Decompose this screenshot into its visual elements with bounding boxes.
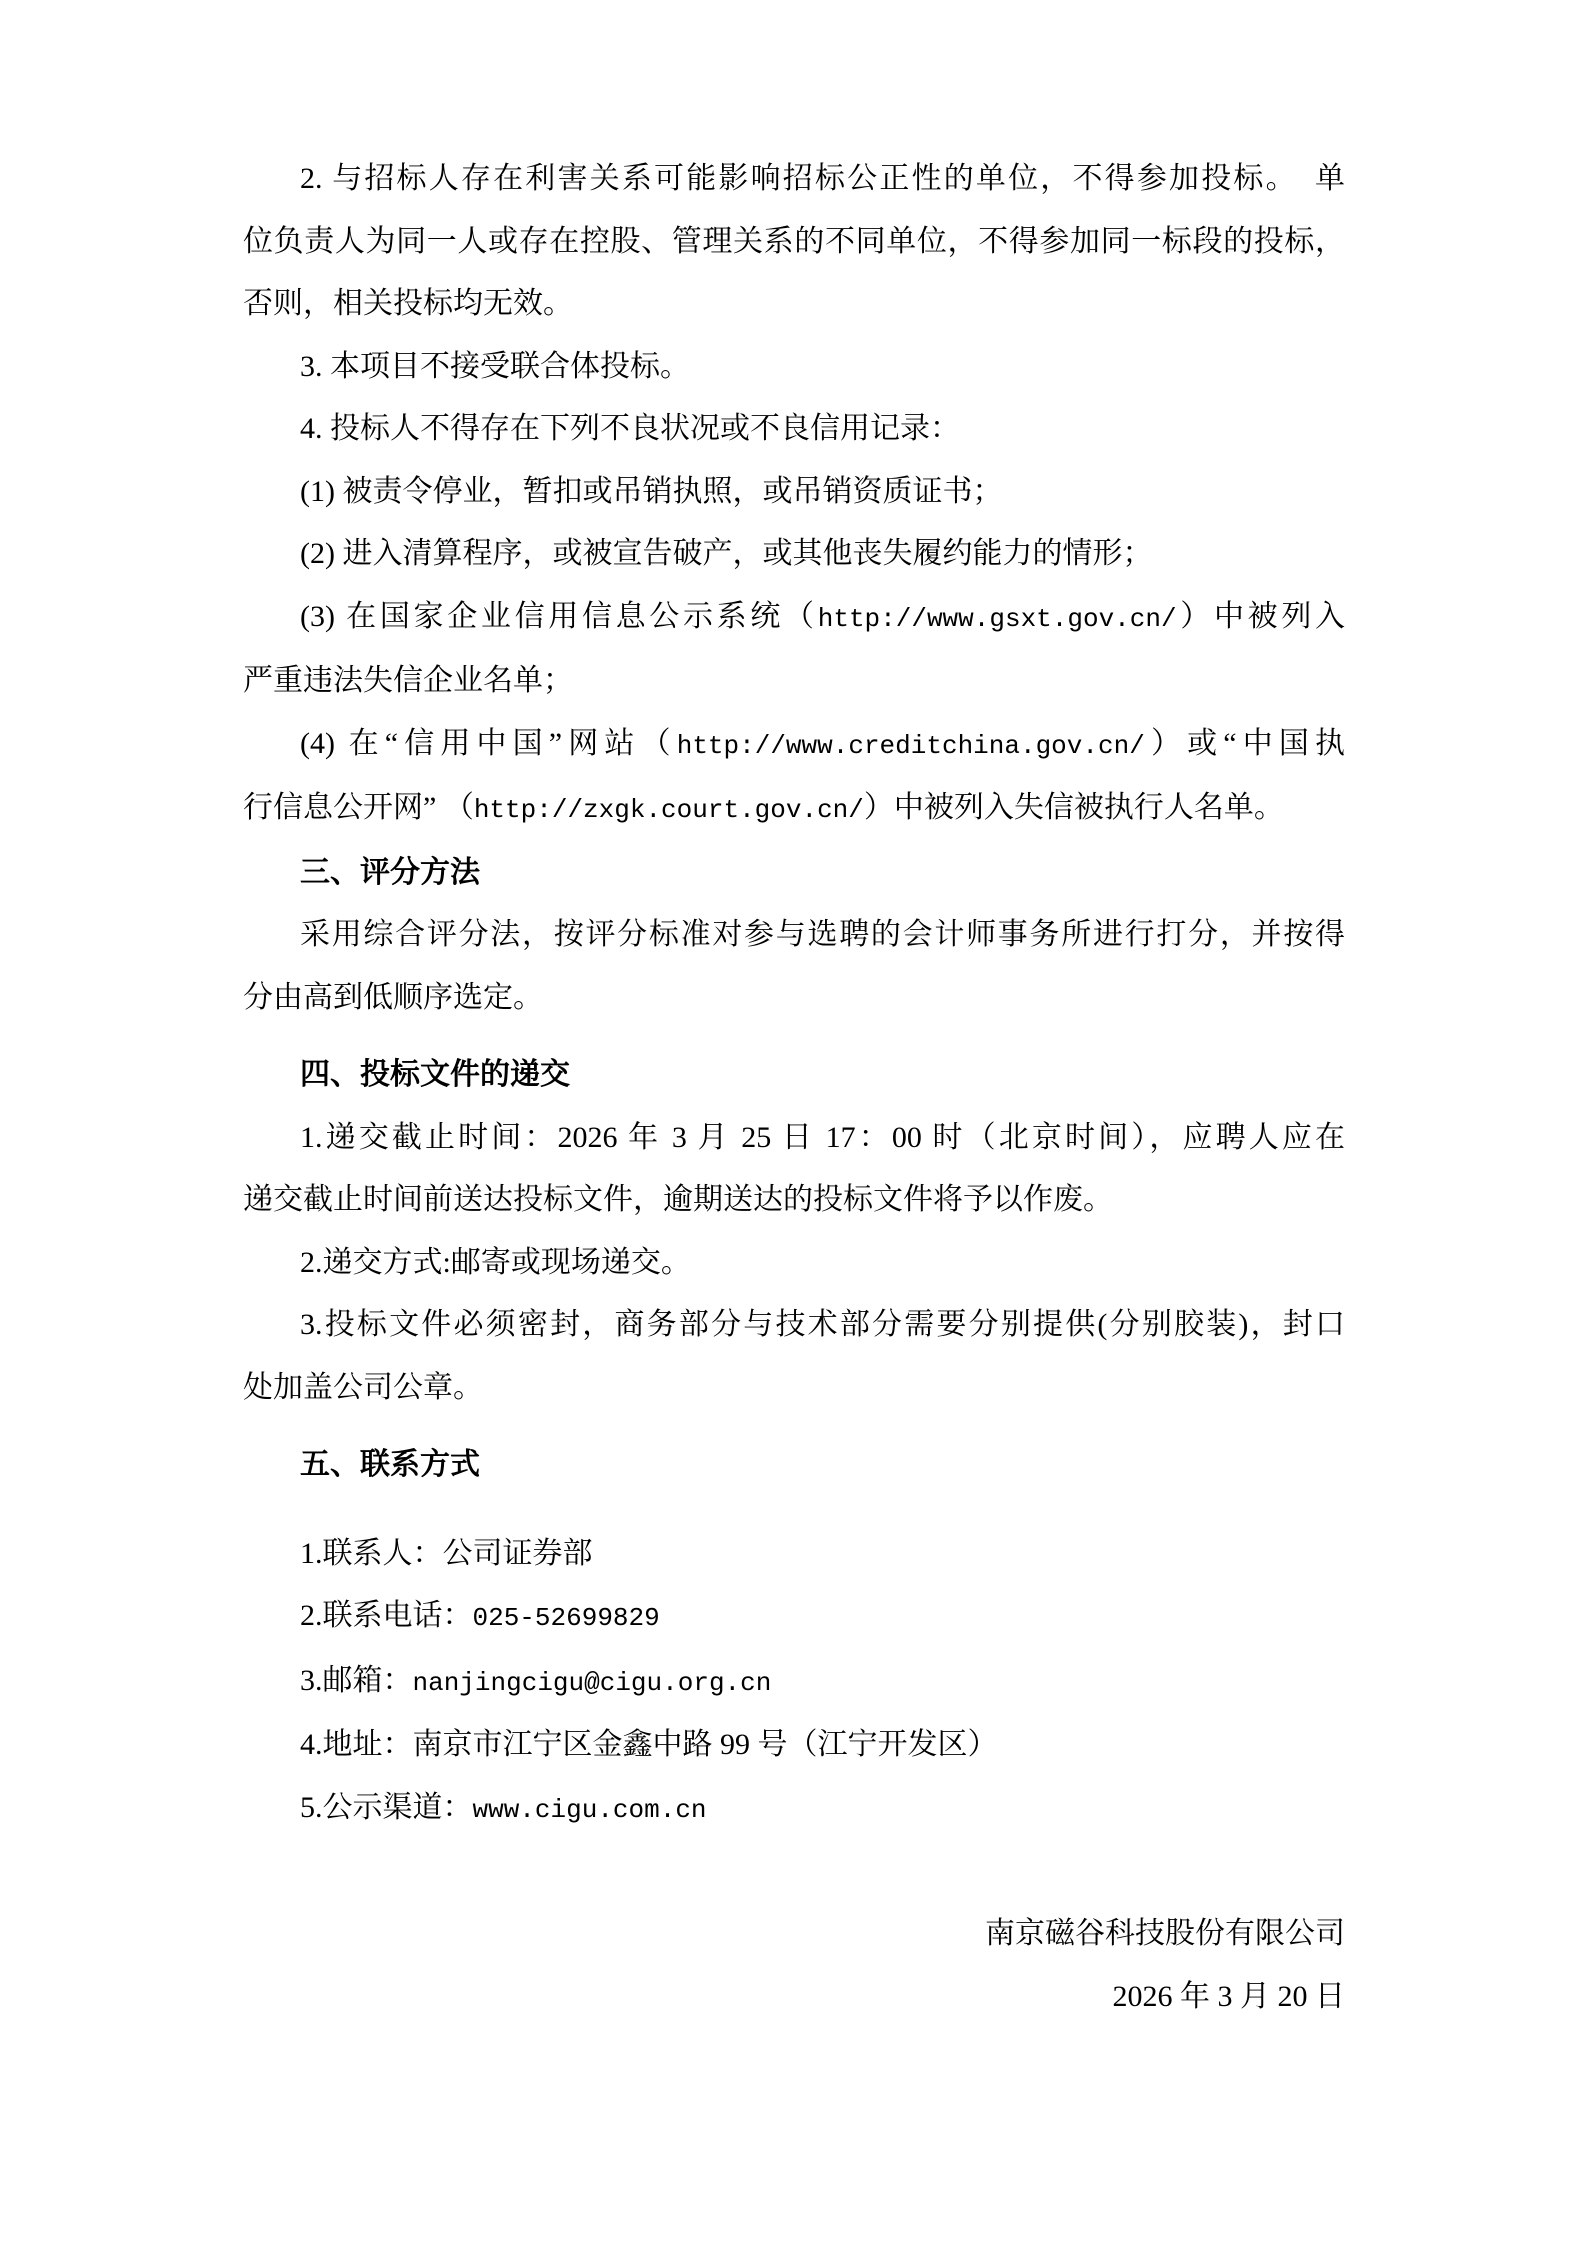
doc-line-submission-1b: 递交截止时间前送达投标文件，逾期送达的投标文件将予以作废。 [243, 1169, 1345, 1232]
doc-line-item2-1: 2. 与招标人存在利害关系可能影响招标公正性的单位，不得参加投标。 单 [243, 148, 1345, 211]
doc-line-item4-1: (1) 被责令停业，暂扣或吊销执照，或吊销资质证书； [243, 461, 1345, 524]
doc-line-submission-3a: 3.投标文件必须密封，商务部分与技术部分需要分别提供(分别胶装)，封口 [243, 1294, 1345, 1357]
signature-company: 南京磁谷科技股份有限公司 [243, 1903, 1345, 1966]
contact-channel-line: 5.公示渠道：www.cigu.com.cn [243, 1777, 1345, 1842]
signature-date: 2026 年 3 月 20 日 [243, 1966, 1345, 2029]
contact-address-line: 4.地址：南京市江宁区金鑫中路 99 号（江宁开发区） [243, 1714, 1345, 1777]
doc-line-item4-3: (3) 在国家企业信用信息公示系统（http://www.gsxt.gov.cn… [243, 586, 1345, 651]
gsxt-url-text: http://www.gsxt.gov.cn/ [818, 604, 1177, 634]
doc-line-item2-3: 否则，相关投标均无效。 [243, 273, 1345, 336]
doc-line-scoring-2: 分由高到低顺序选定。 [243, 967, 1345, 1030]
section-heading-submission: 四、投标文件的递交 [243, 1044, 1345, 1107]
doc-line-item4-3b: 严重违法失信企业名单； [243, 650, 1345, 713]
document-page: 2. 与招标人存在利害关系可能影响招标公正性的单位，不得参加投标。 单 位负责人… [0, 0, 1587, 2245]
section-heading-scoring: 三、评分方法 [243, 842, 1345, 905]
doc-line-item3: 3. 本项目不接受联合体投标。 [243, 336, 1345, 399]
doc-line-submission-1a: 1.递交截止时间：2026 年 3 月 25 日 17：00 时（北京时间），应… [243, 1107, 1345, 1170]
doc-text: 行信息公开网” （ [243, 791, 474, 824]
doc-text: (3) 在国家企业信用信息公示系统（ [300, 600, 818, 633]
creditchina-url-text: http://www.creditchina.gov.cn/ [677, 731, 1145, 761]
contact-person-line: 1.联系人：公司证券部 [243, 1523, 1345, 1586]
doc-line-item4-4b: 行信息公开网” （http://zxgk.court.gov.cn/）中被列入失… [243, 777, 1345, 842]
doc-text: ）中被列入失信被执行人名单。 [864, 791, 1284, 824]
doc-line-scoring-1: 采用综合评分法，按评分标准对参与选聘的会计师事务所进行打分，并按得 [243, 904, 1345, 967]
zxgk-url-text: http://zxgk.court.gov.cn/ [474, 795, 864, 825]
section-heading-contact: 五、联系方式 [243, 1434, 1345, 1497]
contact-channel-label: 5.公示渠道： [300, 1791, 473, 1824]
contact-channel-value: www.cigu.com.cn [473, 1795, 707, 1825]
doc-text: ）中被列入 [1177, 600, 1345, 633]
doc-line-item4-4: (4) 在“信用中国”网站（http://www.creditchina.gov… [243, 713, 1345, 778]
contact-phone-line: 2.联系电话：025-52699829 [243, 1585, 1345, 1650]
doc-line-item4: 4. 投标人不得存在下列不良状况或不良信用记录： [243, 398, 1345, 461]
contact-phone-value: 025-52699829 [473, 1603, 660, 1633]
contact-phone-label: 2.联系电话： [300, 1599, 473, 1632]
doc-text: (4) 在“信用中国”网站（ [300, 727, 677, 760]
contact-email-value: nanjingcigu@cigu.org.cn [413, 1668, 772, 1698]
contact-email-label: 3.邮箱： [300, 1664, 413, 1697]
doc-line-submission-2: 2.递交方式:邮寄或现场递交。 [243, 1232, 1345, 1295]
doc-text: ）或“中国执 [1145, 727, 1345, 760]
doc-line-item2-2: 位负责人为同一人或存在控股、管理关系的不同单位，不得参加同一标段的投标， [243, 211, 1345, 274]
contact-email-line: 3.邮箱：nanjingcigu@cigu.org.cn [243, 1650, 1345, 1715]
doc-line-item4-2: (2) 进入清算程序，或被宣告破产，或其他丧失履约能力的情形； [243, 523, 1345, 586]
doc-line-submission-3b: 处加盖公司公章。 [243, 1357, 1345, 1420]
